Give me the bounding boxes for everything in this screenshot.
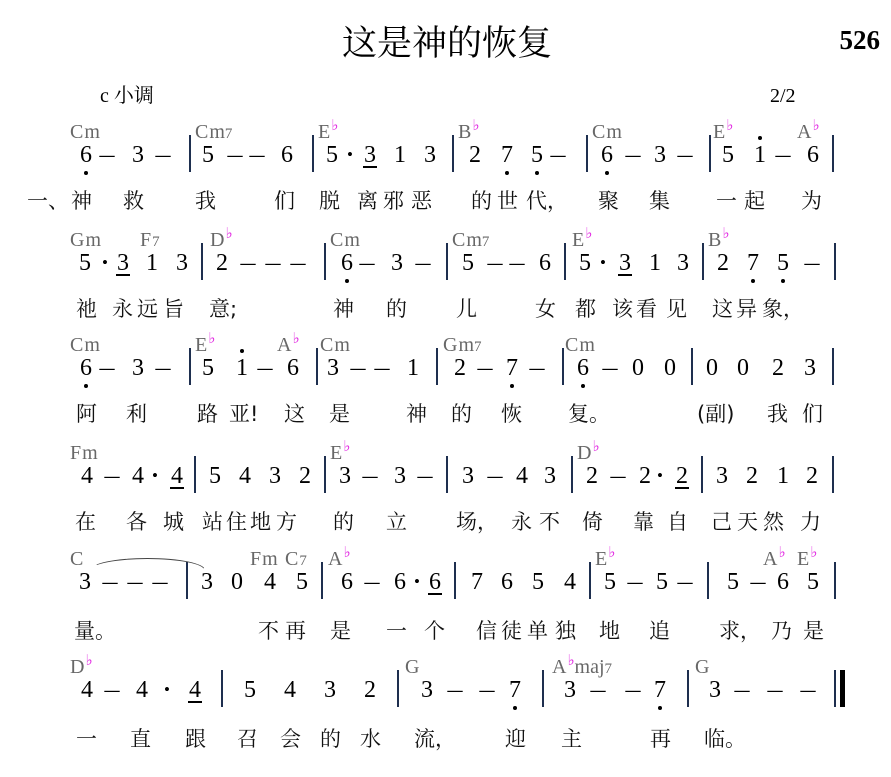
duration-dash: – (478, 356, 493, 380)
chord-root: E (195, 334, 207, 356)
chord-symbol: C (70, 550, 84, 570)
barline (201, 243, 203, 280)
duration-dash: – (603, 356, 618, 380)
note: 4 (136, 678, 148, 702)
duration-dash: – (416, 251, 431, 275)
chord-quality: m (579, 334, 595, 356)
note: 3 (654, 143, 666, 167)
note: 2 (772, 356, 784, 380)
duration-dash: – (351, 356, 366, 380)
note: 3 (391, 251, 403, 275)
duration-dash: – (418, 464, 433, 488)
barline (832, 135, 834, 172)
duration-dash: – (250, 143, 265, 167)
chord-symbol: Cm (70, 336, 100, 356)
barline (832, 348, 834, 385)
chord-symbol: Fm (70, 444, 98, 464)
chord-quality: m (84, 334, 100, 356)
note: 3 (421, 678, 433, 702)
note: 6 (394, 570, 406, 594)
chord-root: B (708, 229, 721, 251)
note: 6 (287, 356, 299, 380)
system-3: CmE♭A♭CmGm7Cm6–3–51–63––12–7–6–000023阿利路… (0, 336, 891, 436)
note: 6 (80, 356, 92, 380)
barline (194, 456, 196, 493)
lyric-syllable: 象， (762, 297, 804, 321)
flat-sign-icon: ♭ (472, 116, 479, 134)
flat-sign-icon: ♭ (812, 116, 819, 134)
chord-symbol: Cm (565, 336, 595, 356)
duration-dash: – (801, 678, 816, 702)
note: 7 (654, 678, 666, 702)
note: 2 (469, 143, 481, 167)
chord-root: C (70, 121, 83, 143)
barline (321, 562, 323, 599)
note: 7 (509, 678, 521, 702)
time-signature: 2/2 (770, 84, 796, 108)
duration-dash: – (291, 251, 306, 275)
chord-symbol: A♭ (763, 550, 786, 570)
duration-dash: – (768, 678, 783, 702)
lyric-syllable: 世 (497, 189, 518, 213)
flat-sign-icon: ♭ (592, 437, 599, 455)
note: 6 (539, 251, 551, 275)
lyric-syllable: 会 (280, 727, 301, 751)
chord-root: C (285, 548, 298, 570)
lyric-syllable: 水 (360, 727, 381, 751)
lyric-syllable: 利 (126, 402, 147, 426)
flat-sign-icon: ♭ (292, 329, 299, 347)
note: 4 (284, 678, 296, 702)
lyric-syllable: 都 (575, 297, 596, 321)
system-6: D♭GA♭maj7G4–4•454323––73––73–––一直跟召会的水流，… (0, 658, 891, 758)
barline (189, 135, 191, 172)
chord-root: C (320, 334, 333, 356)
barline (454, 562, 456, 599)
barline (436, 348, 438, 385)
lyric-syllable: (副) (697, 402, 734, 426)
note: 2 (586, 464, 598, 488)
barline (542, 670, 544, 707)
note: 1 (394, 143, 406, 167)
lyric-syllable: 远 (137, 297, 158, 321)
chord-root: D (577, 442, 591, 464)
note: 4 (171, 464, 183, 488)
chord-symbol: E♭ (713, 123, 733, 143)
chord-symbol: Fm (250, 550, 278, 570)
note: 5 (727, 570, 739, 594)
chord-root: C (195, 121, 208, 143)
note: 2 (364, 678, 376, 702)
duration-dash: – (530, 356, 545, 380)
note: 3 (462, 464, 474, 488)
flat-sign-icon: ♭ (778, 543, 785, 561)
note: 3 (677, 251, 689, 275)
lyric-syllable: 是 (329, 402, 350, 426)
lyric-syllable: 乃 (771, 619, 792, 643)
lyric-syllable: 意; (209, 297, 237, 321)
duration-dash: – (258, 356, 273, 380)
note: 2 (299, 464, 311, 488)
note: 3 (201, 570, 213, 594)
duration-dash: – (776, 143, 791, 167)
lyric-syllable: 力 (800, 510, 821, 534)
barline (324, 456, 326, 493)
chord-symbol: D♭ (210, 231, 233, 251)
chord-symbol: Cm (330, 231, 360, 251)
duration-dash: – (735, 678, 750, 702)
lyric-syllable: 们 (274, 189, 295, 213)
barline (446, 456, 448, 493)
chord-symbol: E♭ (572, 231, 592, 251)
lyric-syllable: 倚 (582, 510, 603, 534)
duration-dash: – (626, 143, 641, 167)
lyric-syllable: 复。 (568, 402, 610, 426)
note: 2 (717, 251, 729, 275)
note: 5 (296, 570, 308, 594)
note: 5 (777, 251, 789, 275)
lyric-syllable: 方 (276, 510, 297, 534)
note: 3 (394, 464, 406, 488)
chord-root: B (458, 121, 471, 143)
lyric-syllable: 场， (456, 510, 498, 534)
chord-quality: m (262, 548, 278, 570)
lyric-syllable: 不 (539, 510, 560, 534)
lyric-syllable: 徒 (501, 619, 522, 643)
duration-dash: – (228, 143, 243, 167)
chord-root: F (250, 548, 261, 570)
note: 5 (604, 570, 616, 594)
chord-symbol: F7 (140, 231, 160, 251)
chord-root: E (797, 548, 809, 570)
barline (324, 243, 326, 280)
note: 6 (601, 143, 613, 167)
chord-quality: m (466, 229, 482, 251)
lyric-syllable: 起 (744, 189, 765, 213)
chord-root: E (572, 229, 584, 251)
note: 4 (189, 678, 201, 702)
lyric-syllable: 恶 (411, 189, 432, 213)
lyric-syllable: 见 (666, 297, 687, 321)
lyric-syllable: 再 (285, 619, 306, 643)
chord-symbol: E♭ (195, 336, 215, 356)
chord-root: C (330, 229, 343, 251)
flat-sign-icon: ♭ (343, 543, 350, 561)
chord-root: C (70, 334, 83, 356)
barline (586, 135, 588, 172)
barline (571, 456, 573, 493)
lyric-syllable: 城 (163, 510, 184, 534)
lyric-syllable: 们 (802, 402, 823, 426)
lyric-syllable: 是 (330, 619, 351, 643)
chord-root: E (318, 121, 330, 143)
duration-dash: – (805, 251, 820, 275)
note: 6 (341, 570, 353, 594)
duration-dash: – (128, 570, 143, 594)
lyric-syllable: 我 (195, 189, 216, 213)
note: 5 (79, 251, 91, 275)
note: 3 (324, 678, 336, 702)
lyric-syllable: 住 (226, 510, 247, 534)
note: 5 (722, 143, 734, 167)
note: 2 (676, 464, 688, 488)
lyric-syllable: 主 (561, 727, 582, 751)
lyric-syllable: 追 (649, 619, 670, 643)
flat-sign-icon: ♭ (810, 543, 817, 561)
chord-symbol: Cm (320, 336, 350, 356)
duration-dash: – (510, 251, 525, 275)
lyric-syllable: 的 (471, 189, 492, 213)
lyric-syllable: 一、 (27, 189, 69, 213)
note: 2 (454, 356, 466, 380)
note: 2 (216, 251, 228, 275)
chord-extension: 7 (152, 234, 160, 250)
augmentation-dot: • (102, 251, 108, 275)
barline (446, 243, 448, 280)
final-barline-thin (834, 670, 836, 707)
chord-root: D (70, 656, 84, 678)
chord-symbol: G (405, 658, 420, 678)
system-4: FmE♭D♭4–4•454323–3–3–432–2•23212在各城站住地方的… (0, 444, 891, 544)
lyric-syllable: 己 (711, 510, 732, 534)
lyric-syllable: 直 (130, 727, 151, 751)
note: 7 (501, 143, 513, 167)
flat-sign-icon: ♭ (567, 651, 574, 669)
lyric-syllable: 站 (202, 510, 223, 534)
note: 6 (501, 570, 513, 594)
duration-dash: – (266, 251, 281, 275)
note: 3 (339, 464, 351, 488)
note: 3 (117, 251, 129, 275)
lyric-syllable: 跟 (185, 727, 206, 751)
chord-root: G (443, 334, 457, 356)
barline (834, 562, 836, 599)
duration-dash: – (591, 678, 606, 702)
chord-symbol: E♭ (797, 550, 817, 570)
duration-dash: – (678, 570, 693, 594)
note: 1 (754, 143, 766, 167)
lyric-syllable: 恢 (501, 402, 522, 426)
barline (564, 243, 566, 280)
barline (316, 348, 318, 385)
chord-quality: m (209, 121, 225, 143)
duration-dash: – (626, 678, 641, 702)
duration-dash: – (365, 570, 380, 594)
lyric-syllable: 神 (71, 189, 92, 213)
flat-sign-icon: ♭ (208, 329, 215, 347)
lyric-syllable: 该 (612, 297, 633, 321)
lyric-syllable: 聚 (598, 189, 619, 213)
lyric-syllable: 自 (667, 510, 688, 534)
lyric-syllable: 脱 (319, 189, 340, 213)
chord-root: C (70, 548, 83, 570)
lyric-syllable: 单 (527, 619, 548, 643)
barline (832, 456, 834, 493)
duration-dash: – (105, 678, 120, 702)
note: 5 (326, 143, 338, 167)
note: 5 (202, 143, 214, 167)
duration-dash: – (156, 143, 171, 167)
note: 3 (364, 143, 376, 167)
duration-dash: – (628, 570, 643, 594)
lyric-syllable: 的 (320, 727, 341, 751)
note: 0 (632, 356, 644, 380)
chord-symbol: C7 (285, 550, 307, 570)
flat-sign-icon: ♭ (343, 437, 350, 455)
flat-sign-icon: ♭ (608, 543, 615, 561)
lyric-syllable: 看 (636, 297, 657, 321)
chord-quality: m (458, 334, 474, 356)
augmentation-dot: • (600, 251, 606, 275)
barline (834, 243, 836, 280)
note: 4 (564, 570, 576, 594)
chord-quality: m (82, 442, 98, 464)
lyric-syllable: 的 (386, 297, 407, 321)
chord-symbol: A♭maj7 (552, 658, 612, 678)
duration-dash: – (488, 464, 503, 488)
chord-root: F (140, 229, 151, 251)
chord-root: C (565, 334, 578, 356)
lyric-syllable: 一 (386, 619, 407, 643)
barline (707, 562, 709, 599)
chord-root: A (797, 121, 811, 143)
lyric-syllable: 儿 (456, 297, 477, 321)
lyric-syllable: 离 (357, 189, 378, 213)
barline (589, 562, 591, 599)
barline (397, 670, 399, 707)
lyric-syllable: 的 (333, 510, 354, 534)
note: 3 (79, 570, 91, 594)
chord-quality: maj (575, 656, 605, 678)
note: 3 (176, 251, 188, 275)
lyric-syllable: 女 (535, 297, 556, 321)
note: 0 (231, 570, 243, 594)
lyric-syllable: 量。 (74, 619, 116, 643)
lyric-syllable: 异 (736, 297, 757, 321)
chord-root: G (70, 229, 84, 251)
lyric-syllable: 亚! (229, 402, 258, 426)
flat-sign-icon: ♭ (585, 224, 592, 242)
lyric-syllable: 路 (197, 402, 218, 426)
lyric-syllable: 旨 (163, 297, 184, 321)
note: 1 (407, 356, 419, 380)
note: 5 (244, 678, 256, 702)
note: 6 (577, 356, 589, 380)
note: 3 (132, 143, 144, 167)
flat-sign-icon: ♭ (85, 651, 92, 669)
chord-symbol: D♭ (70, 658, 93, 678)
chord-symbol: Gm7 (443, 336, 482, 356)
augmentation-dot: • (657, 464, 663, 488)
barline (687, 670, 689, 707)
lyric-syllable: 信 (476, 619, 497, 643)
chord-symbol: E♭ (318, 123, 338, 143)
note: 3 (327, 356, 339, 380)
chord-symbol: Gm (70, 231, 101, 251)
chord-symbol: B♭ (708, 231, 729, 251)
augmentation-dot: • (152, 464, 158, 488)
flat-sign-icon: ♭ (726, 116, 733, 134)
note: 1 (146, 251, 158, 275)
chord-quality: m (334, 334, 350, 356)
chord-symbol: Cm7 (195, 123, 232, 143)
chord-extension: 7 (474, 339, 482, 355)
lyric-syllable: 召 (237, 727, 258, 751)
chord-root: G (405, 656, 419, 678)
chord-extension: 7 (299, 553, 307, 569)
duration-dash: – (363, 464, 378, 488)
lyric-syllable: 是 (803, 619, 824, 643)
lyric-syllable: 天 (737, 510, 758, 534)
lyric-syllable: 这 (284, 402, 305, 426)
note: 3 (544, 464, 556, 488)
barline (221, 670, 223, 707)
lyric-syllable: 邪 (383, 189, 404, 213)
note: 3 (619, 251, 631, 275)
barline (701, 456, 703, 493)
lyric-syllable: 永 (112, 297, 133, 321)
note: 6 (777, 570, 789, 594)
lyric-syllable: 神 (406, 402, 427, 426)
lyric-syllable: 的 (451, 402, 472, 426)
lyric-syllable: 临。 (704, 727, 746, 751)
barline (702, 243, 704, 280)
duration-dash: – (100, 143, 115, 167)
chord-symbol: Cm (70, 123, 100, 143)
note: 4 (264, 570, 276, 594)
note: 5 (209, 464, 221, 488)
duration-dash: – (488, 251, 503, 275)
lyric-syllable: 流， (414, 727, 456, 751)
note: 5 (579, 251, 591, 275)
lyric-syllable: 这 (712, 297, 733, 321)
note: 5 (462, 251, 474, 275)
chord-symbol: A♭ (277, 336, 300, 356)
note: 6 (807, 143, 819, 167)
note: 7 (471, 570, 483, 594)
chord-symbol: Cm7 (452, 231, 489, 251)
note: 7 (747, 251, 759, 275)
duration-dash: – (100, 356, 115, 380)
chord-symbol: B♭ (458, 123, 479, 143)
duration-dash: – (105, 464, 120, 488)
note: 4 (132, 464, 144, 488)
system-5: CFmC7A♭E♭A♭E♭3–––30456–6•676545–5–5–65量。… (0, 550, 891, 650)
note: 6 (429, 570, 441, 594)
lyric-syllable: 求， (719, 619, 761, 643)
duration-dash: – (448, 678, 463, 702)
chord-symbol: A♭ (328, 550, 351, 570)
lyric-syllable: 为 (801, 189, 822, 213)
note: 1 (649, 251, 661, 275)
note: 3 (804, 356, 816, 380)
chord-symbol: E♭ (330, 444, 350, 464)
augmentation-dot: • (347, 143, 353, 167)
lyric-syllable: 再 (650, 727, 671, 751)
note: 5 (202, 356, 214, 380)
note: 0 (664, 356, 676, 380)
note: 5 (531, 143, 543, 167)
lyric-syllable: 迎 (505, 727, 526, 751)
augmentation-dot: • (414, 570, 420, 594)
note: 3 (424, 143, 436, 167)
chord-root: A (763, 548, 777, 570)
note: 3 (564, 678, 576, 702)
barline (452, 135, 454, 172)
chord-symbol: G (695, 658, 710, 678)
chord-extension: 7 (482, 234, 490, 250)
lyric-syllable: 地 (599, 619, 620, 643)
